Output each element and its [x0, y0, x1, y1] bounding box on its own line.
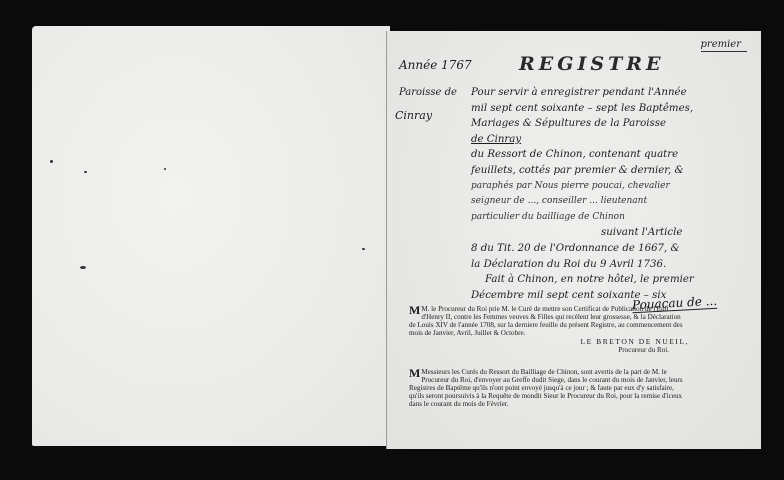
- body-line: feuillets, cottés par premier & dernier,…: [471, 163, 739, 179]
- body-line: particulier du bailliage de Chinon: [471, 210, 739, 226]
- body-line: Fait à Chinon, en notre hôtel, le premie…: [471, 272, 739, 288]
- parish-label: Paroisse de: [399, 87, 457, 98]
- body-line: du Ressort de Chinon, contenant quatre: [471, 147, 739, 163]
- corner-note: premier: [701, 39, 747, 52]
- body-line: mil sept cent soixante – sept les Baptêm…: [471, 101, 739, 117]
- notice-text: Messieurs les Curés du Ressort du Bailli…: [409, 368, 683, 408]
- notice-role: Procureur du Roi.: [409, 346, 689, 354]
- body-line: de Cinray: [471, 132, 739, 148]
- body-line: Pour servir à enregistrer pendant l'Anné…: [471, 85, 739, 101]
- notice-cures: M Messieurs les Curés du Ressort du Bail…: [409, 368, 689, 408]
- year-label: Année 1767: [399, 58, 472, 72]
- body-line: seigneur de ..., conseiller ... lieutena…: [471, 194, 739, 210]
- notice-procureur: M M. le Procureur du Roi prie M. le Curé…: [409, 305, 689, 355]
- drop-cap: M: [409, 368, 420, 379]
- ink-speck: [362, 248, 365, 250]
- ink-speck: [164, 168, 166, 170]
- ink-speck: [84, 171, 87, 173]
- register-title: REGISTRE: [519, 53, 665, 75]
- notice-text: M. le Procureur du Roi prie M. le Curé d…: [409, 305, 683, 337]
- register-body: Pour servir à enregistrer pendant l'Anné…: [471, 85, 739, 303]
- ink-speck: [80, 266, 86, 269]
- drop-cap: M: [409, 305, 420, 316]
- body-line: Mariages & Sépultures de la Paroisse: [471, 116, 739, 132]
- body-line: 8 du Tit. 20 de l'Ordonnance de 1667, &: [471, 241, 739, 257]
- right-page-register: premier Année 1767 REGISTRE Paroisse de …: [386, 31, 761, 449]
- body-line: la Déclaration du Roi du 9 Avril 1736.: [471, 257, 739, 273]
- left-page-blank: [32, 26, 390, 446]
- ink-speck: [50, 160, 53, 163]
- body-line: suivant l'Article: [471, 225, 739, 241]
- parish-name: Cinray: [395, 109, 432, 122]
- notice-signatory: LE BRETON DE NUEIL,: [409, 338, 689, 346]
- body-line: paraphés par Nous pierre poucai, chevali…: [471, 179, 739, 195]
